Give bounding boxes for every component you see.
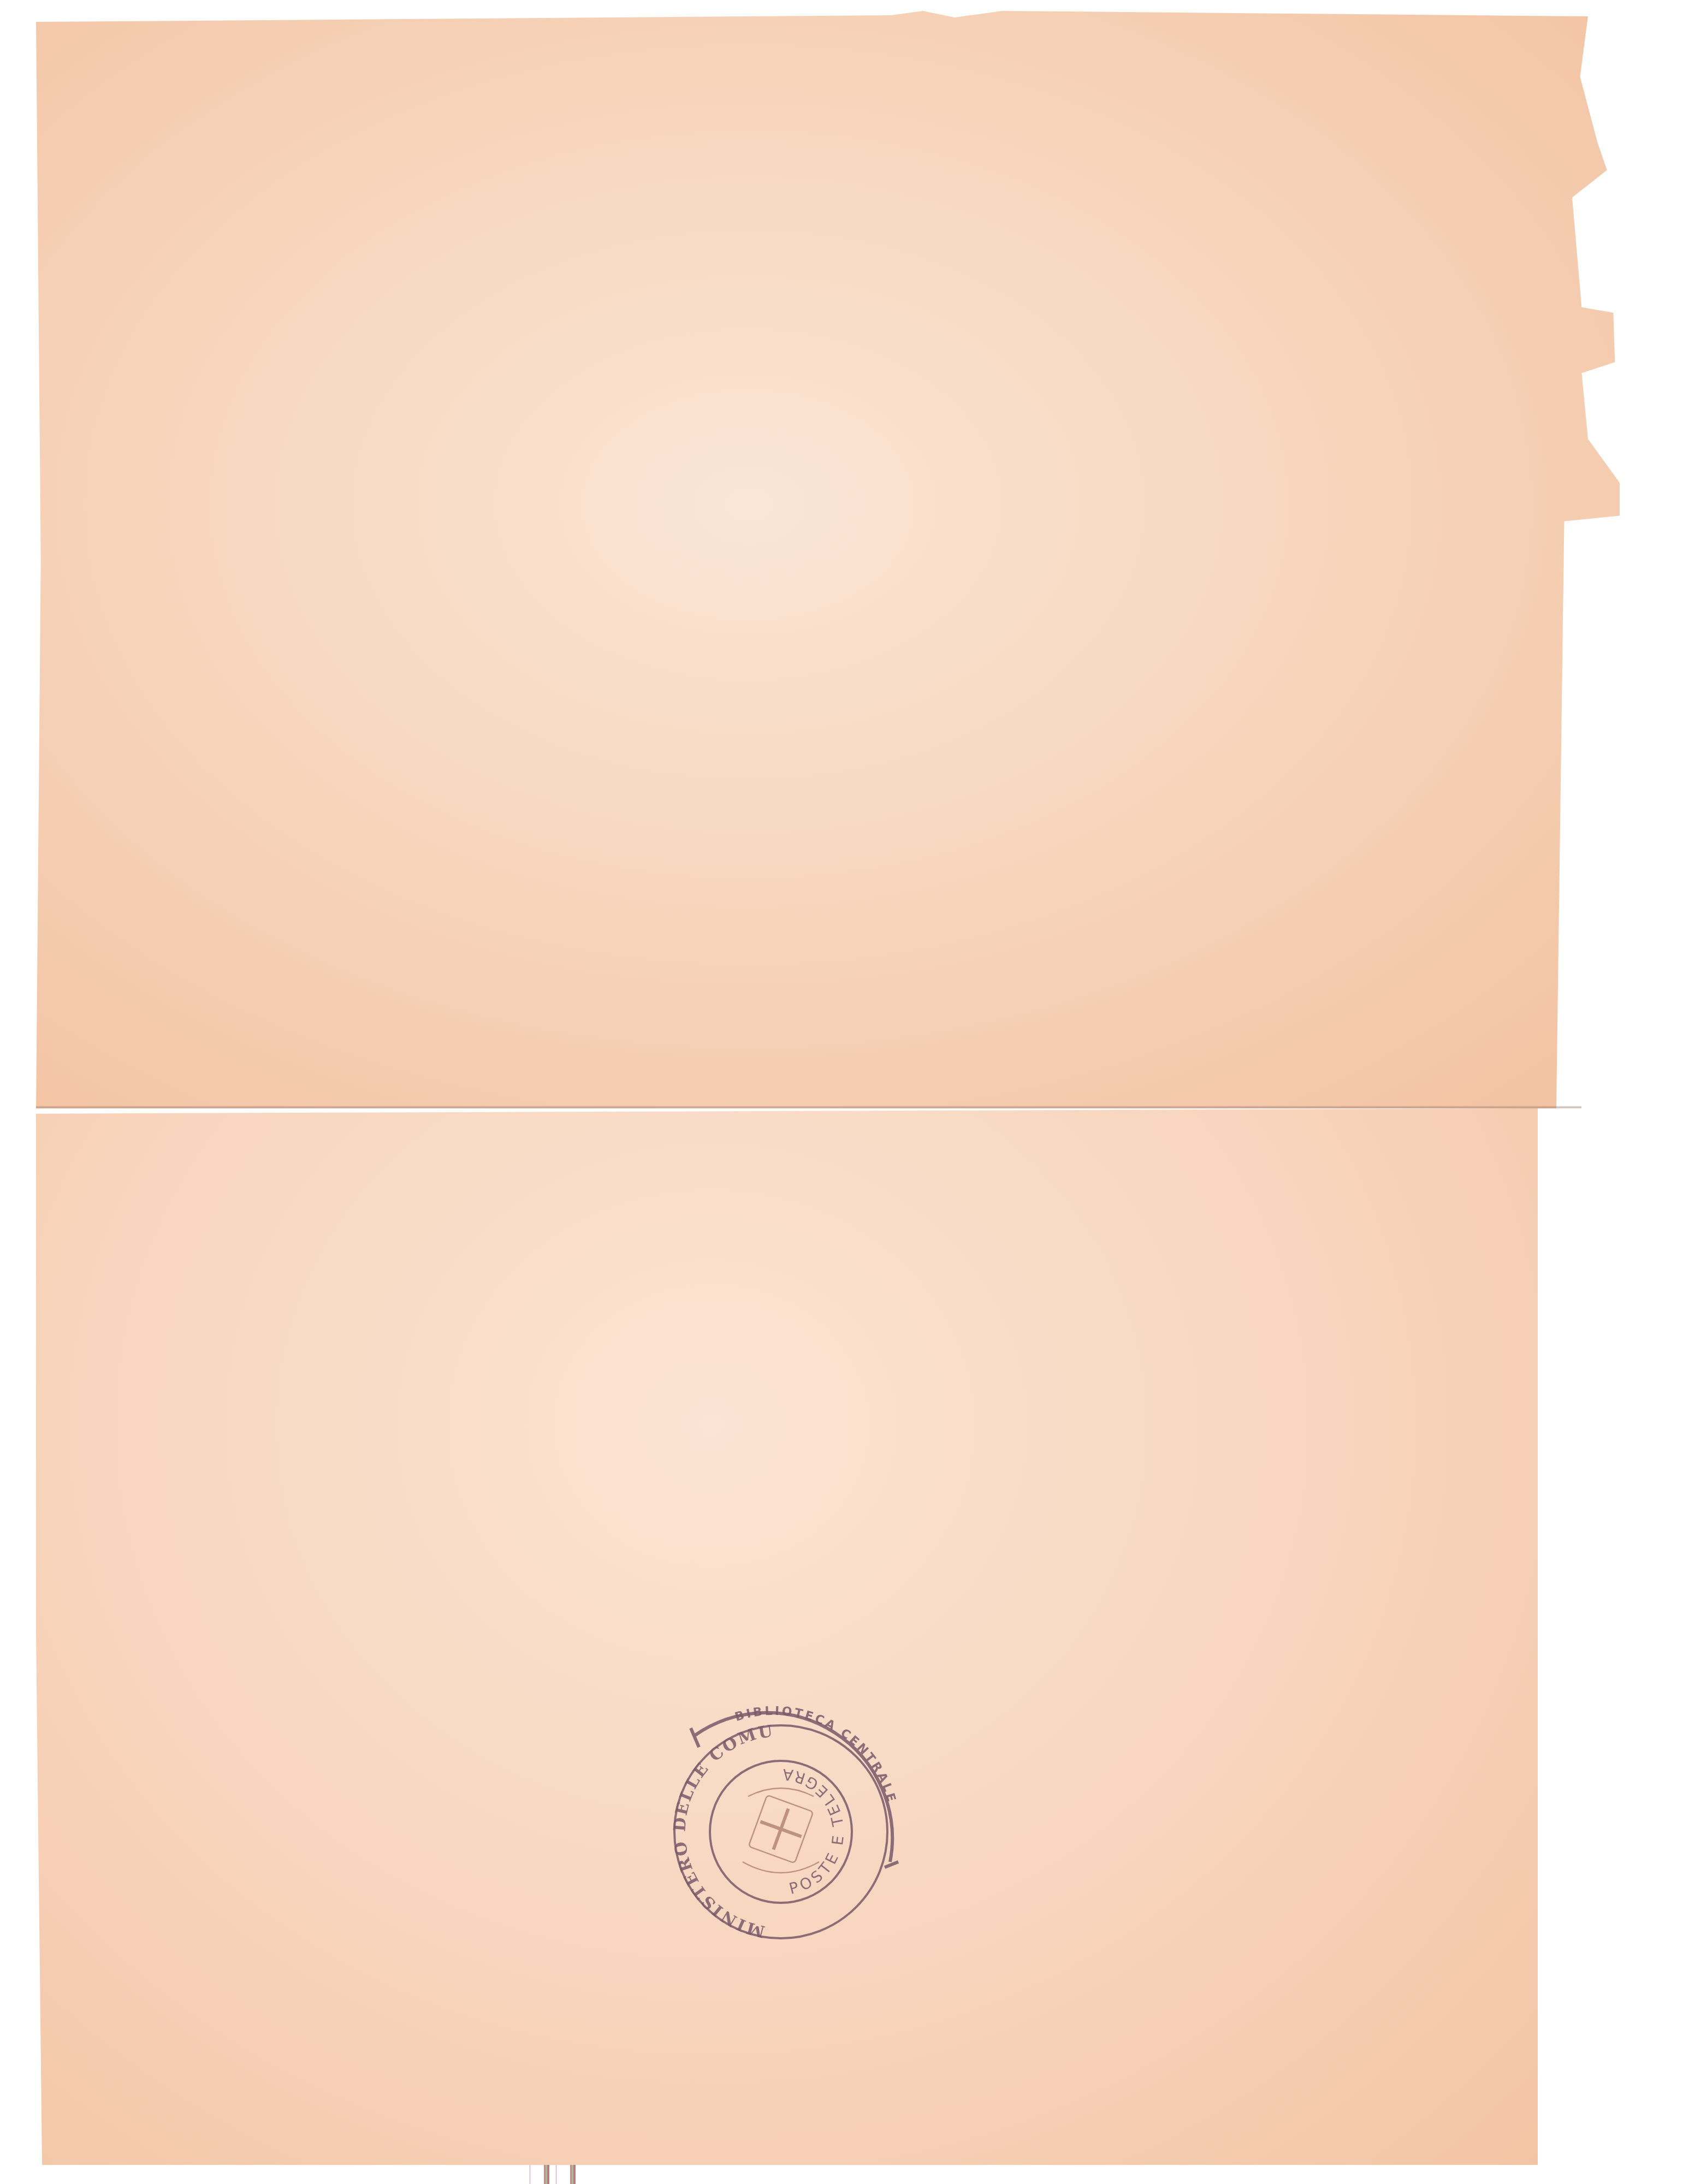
savoy-emblem-icon: [743, 1788, 819, 1873]
scan-color-marks: [528, 2165, 577, 2184]
document-sheet: MINISTERO DELLE COMUNICAZIONI POSTE E TE…: [0, 0, 1683, 2184]
sheet-lower-panel: [36, 1108, 1538, 2165]
svg-text:MINISTERO DELLE COMUNICAZIONI: MINISTERO DELLE COMUNICAZIONI: [650, 1698, 775, 1941]
stamp-outer-text: MINISTERO DELLE COMUNICAZIONI: [650, 1698, 775, 1941]
sheet-upper-panel: [36, 11, 1620, 1108]
library-stamp: MINISTERO DELLE COMUNICAZIONI POSTE E TE…: [650, 1698, 912, 1955]
stamp-graphic: MINISTERO DELLE COMUNICAZIONI POSTE E TE…: [650, 1698, 912, 1955]
fold-line: [36, 1106, 1581, 1109]
